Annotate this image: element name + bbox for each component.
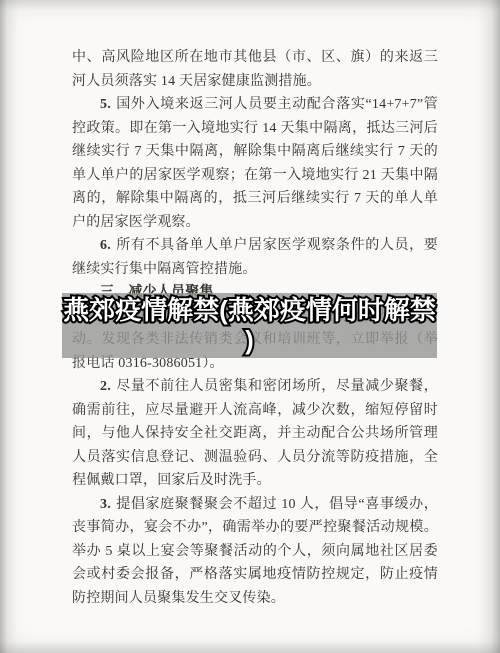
list-item-6: 6.所有不具备单人单户居家医学观察条件的人员，要继续实行集中隔离管控措施。 xyxy=(72,234,438,281)
item-3-number: 3. xyxy=(100,497,111,512)
item-5-number: 5. xyxy=(100,97,111,112)
item-3-text: 提倡家庭聚餐聚会不超过 10 人，倡导“喜事缓办，丧事简办，宴会不办”，确需举办… xyxy=(72,497,438,606)
item-2-text: 尽量不前往人员密集和密闭场所，尽量减少聚餐，确需前往，应尽量避开人流高峰，减少次… xyxy=(72,379,438,488)
document-photo: 中、高风险地区所在地市其他县（市、区、旗）的来返三河人员须落实 14 天居家健康… xyxy=(0,0,500,653)
article-title-line2: ) xyxy=(62,326,437,355)
article-title-line1: 燕郊疫情解禁(燕郊疫情何时解禁 xyxy=(62,295,437,326)
title-overlay-banner: 燕郊疫情解禁(燕郊疫情何时解禁 ) xyxy=(62,293,437,358)
list-item-3: 3.提倡家庭聚餐聚会不超过 10 人，倡导“喜事缓办，丧事简办，宴会不办”，确需… xyxy=(72,493,438,611)
item-6-number: 6. xyxy=(100,238,111,253)
list-item-5: 5.国外入境来返三河人员要主动配合落实“14+7+7”管控政策。即在第一入境地实… xyxy=(72,93,438,234)
list-item-2: 2.尽量不前往人员密集和密闭场所，尽量减少聚餐，确需前往，应尽量避开人流高峰，减… xyxy=(72,375,438,493)
item-6-text: 所有不具备单人单户居家医学观察条件的人员，要继续实行集中隔离管控措施。 xyxy=(72,238,438,277)
paragraph-continuation: 中、高风险地区所在地市其他县（市、区、旗）的来返三河人员须落实 14 天居家健康… xyxy=(72,46,438,93)
item-5-text: 国外入境来返三河人员要主动配合落实“14+7+7”管控政策。即在第一入境地实行 … xyxy=(72,97,438,230)
item-2-number: 2. xyxy=(100,379,111,394)
